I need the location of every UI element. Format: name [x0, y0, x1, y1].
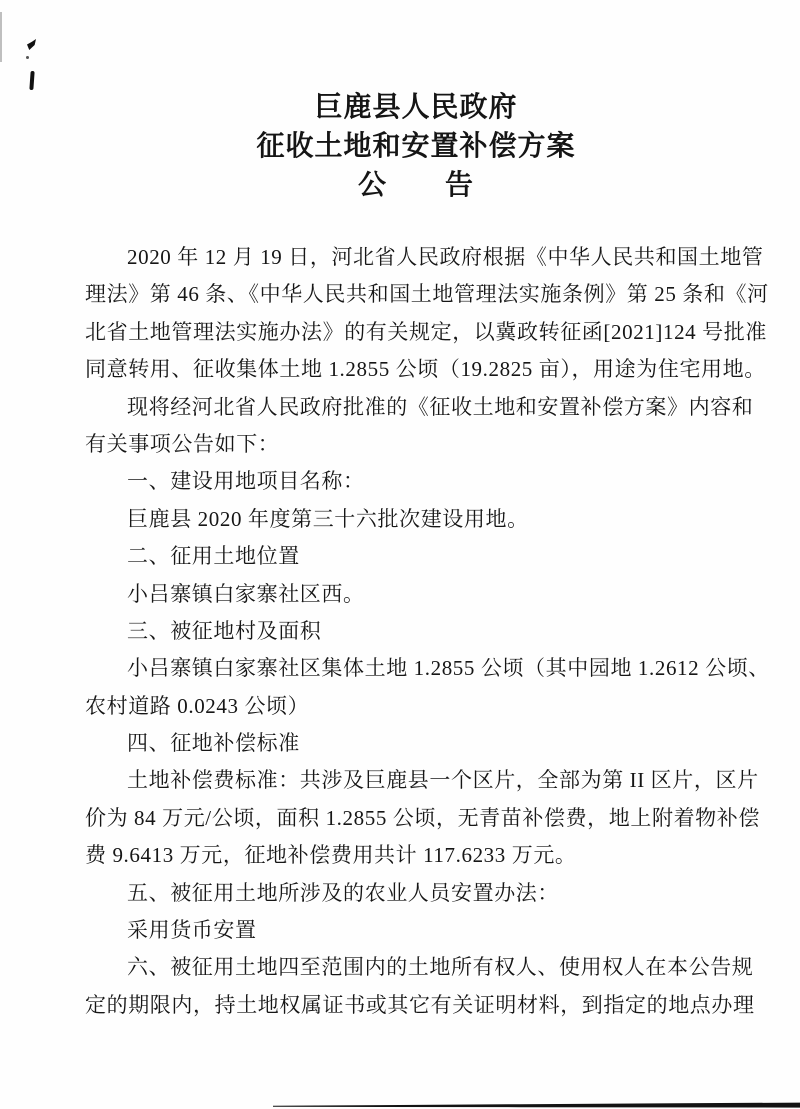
document-title: 巨鹿县人民政府 征收土地和安置补偿方案 公 告: [85, 88, 747, 205]
document-line: 农村道路 0.0243 公顷）: [85, 688, 763, 725]
document-body: 2020 年 12 月 19 日，河北省人民政府根据《中华人民共和国土地管理法》…: [85, 239, 763, 1024]
document-line: 有关事项公告如下：: [85, 426, 763, 463]
document-line: 理法》第 46 条、《中华人民共和国土地管理法实施条例》第 25 条和《河: [85, 276, 763, 313]
document-line: 五、被征用土地所涉及的农业人员安置办法：: [85, 875, 763, 912]
document-line: 小吕寨镇白家寨社区西。: [85, 576, 763, 613]
ink-speck: [26, 56, 29, 59]
document-line: 四、征地补偿标准: [85, 725, 763, 762]
document-line: 六、被征用土地四至范围内的土地所有权人、使用权人在本公告规: [85, 949, 763, 986]
document-line: 二、征用土地位置: [85, 538, 763, 575]
document-line: 现将经河北省人民政府批准的《征收土地和安置补偿方案》内容和: [85, 389, 763, 426]
ink-mark-stroke: [29, 71, 34, 90]
document-line: 一、建设用地项目名称：: [85, 463, 763, 500]
document-line: 采用货币安置: [85, 912, 763, 949]
title-line-agency: 巨鹿县人民政府: [85, 88, 747, 127]
title-line-plan: 征收土地和安置补偿方案: [85, 127, 747, 166]
scanner-edge-line: [0, 12, 2, 62]
document-line: 土地补偿费标准：共涉及巨鹿县一个区片，全部为第 II 区片，区片: [85, 762, 763, 799]
document-line: 2020 年 12 月 19 日，河北省人民政府根据《中华人民共和国土地管: [85, 239, 763, 276]
document-line: 北省土地管理法实施办法》的有关规定，以冀政转征函[2021]124 号批准: [85, 314, 763, 351]
document-line: 小吕寨镇白家寨社区集体土地 1.2855 公顷（其中园地 1.2612 公顷、: [85, 650, 763, 687]
ink-mark-triangle: [27, 39, 36, 50]
document-line: 定的期限内，持土地权属证书或其它有关证明材料，到指定的地点办理: [85, 987, 763, 1024]
document-line: 三、被征地村及面积: [85, 613, 763, 650]
document-line: 价为 84 万元/公顷，面积 1.2855 公顷，无青苗补偿费，地上附着物补偿: [85, 800, 763, 837]
title-line-announcement: 公 告: [85, 166, 747, 205]
scan-streak-bottom: [0, 1099, 800, 1109]
document-line: 费 9.6413 万元，征地补偿费用共计 117.6233 万元。: [85, 837, 763, 874]
document-line: 巨鹿县 2020 年度第三十六批次建设用地。: [85, 501, 763, 538]
scanned-document-page: 巨鹿县人民政府 征收土地和安置补偿方案 公 告 2020 年 12 月 19 日…: [0, 0, 800, 1109]
document-line: 同意转用、征收集体土地 1.2855 公顷（19.2825 亩），用途为住宅用地…: [85, 351, 763, 388]
